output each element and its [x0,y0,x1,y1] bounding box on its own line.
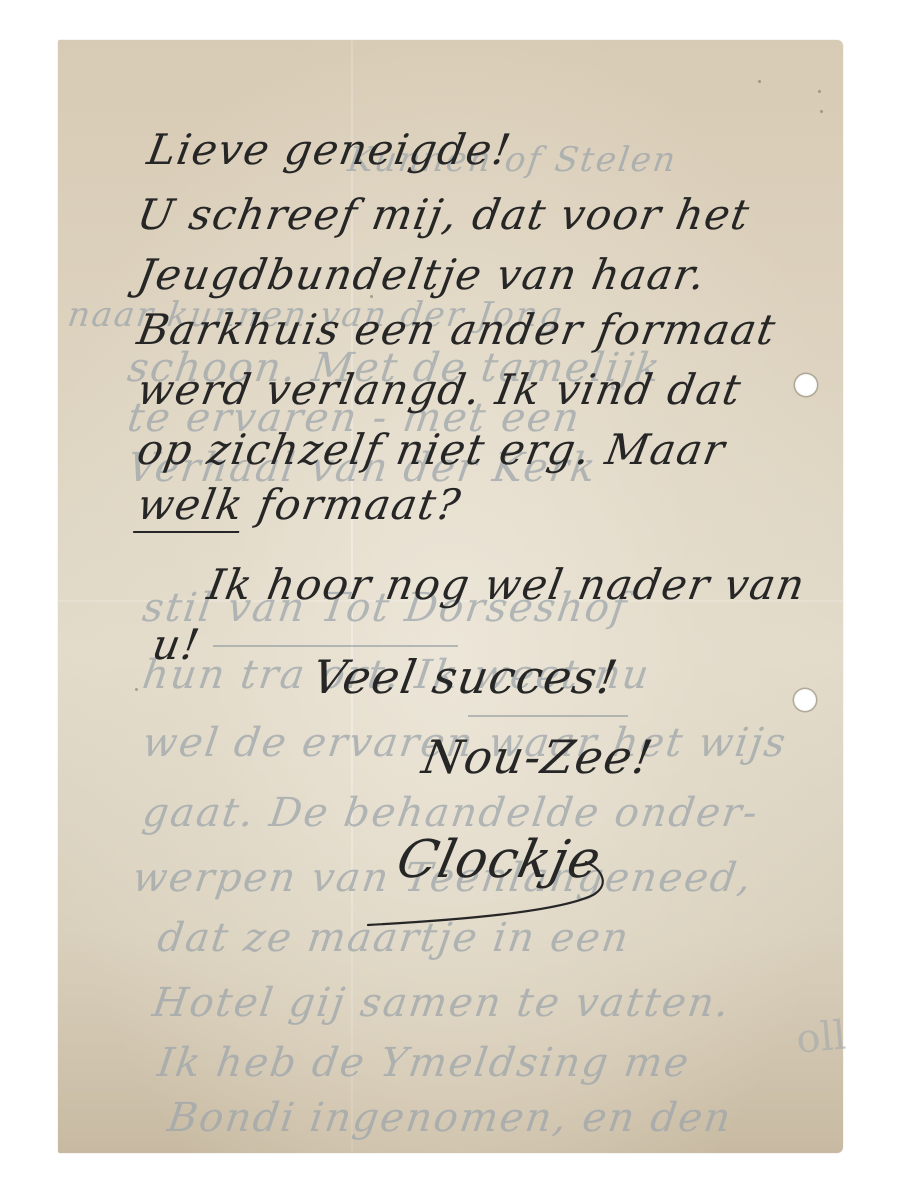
salutation: Lieve geneigde! [144,125,516,174]
farewell: Nou-Zee! [418,730,658,784]
body-line: U schreef mij, dat voor het [134,190,754,239]
wishes: Veel succes! [308,650,622,704]
closing-line: u! [149,620,205,669]
body-line: op zichzelf niet erg. Maar [134,425,730,474]
underlined-word: welk [133,480,248,533]
closing-line: Ik hoor nog wel nader van [204,560,810,609]
body-line: werd verlangd. Ik vind dat [134,365,746,414]
letter-sheet: Kunnen of Stelen naar kunnen van der Jon… [58,40,843,1153]
handwritten-letter: Lieve geneigde! U schreef mij, dat voor … [58,40,843,1153]
body-line-underlined: welk formaat? [134,480,465,529]
body-line-rest: formaat? [254,480,465,529]
signature-swash [348,850,648,940]
body-line: Barkhuis een ander formaat [134,305,781,354]
body-line: Jeugdbundeltje van haar. [134,250,711,299]
